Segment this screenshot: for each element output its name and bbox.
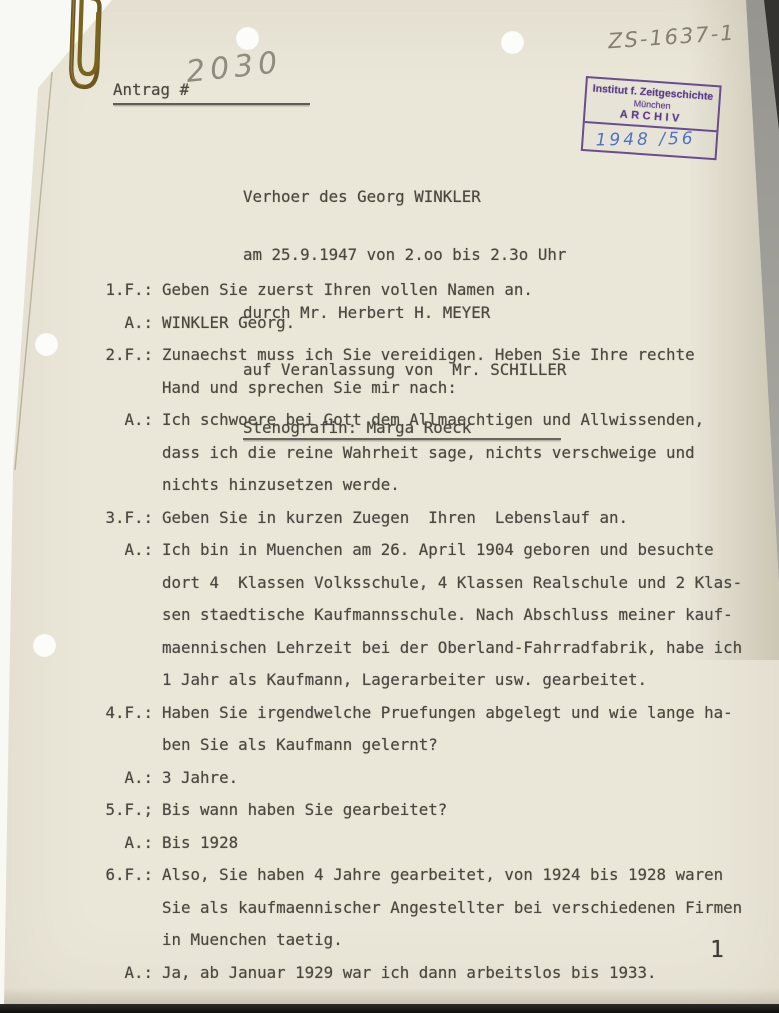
paperclip-icon: [53, 0, 119, 100]
qa-line: Ich schwoere bei Gott dem Allmaechtigen …: [162, 404, 755, 437]
qa-line: maennischen Lehrzeit bei der Oberland-Fa…: [162, 632, 755, 665]
qa-label: A.:: [105, 534, 153, 567]
qa-row: A.:Ich schwoere bei Gott dem Allmaechtig…: [105, 404, 755, 502]
qa-line: Geben Sie in kurzen Zuegen Ihren Lebensl…: [162, 502, 755, 535]
qa-line: Zunaechst muss ich Sie vereidigen. Heben…: [162, 339, 755, 372]
qa-row: A.:WINKLER Georg.: [105, 307, 755, 340]
archive-stamp: Institut f. Zeitgeschichte München ARCHI…: [581, 76, 722, 160]
qa-line: 1 Jahr als Kaufmann, Lagerarbeiter usw. …: [162, 664, 755, 697]
qa-line: in Muenchen taetig.: [162, 924, 755, 957]
paper-sheet: ZS-1637-1 Antrag # 2030 Institut f. Zeit…: [0, 0, 779, 1013]
qa-line: Geben Sie zuerst Ihren vollen Namen an.: [162, 274, 755, 307]
qa-line: sen staedtische Kaufmannsschule. Nach Ab…: [162, 599, 755, 632]
qa-line: Haben Sie irgendwelche Pruefungen abgele…: [162, 697, 755, 730]
qa-row: 5.F.;Bis wann haben Sie gearbeitet?: [105, 794, 755, 827]
qa-line: dass ich die reine Wahrheit sage, nichts…: [162, 437, 755, 470]
qa-row: 2.F.:Zunaechst muss ich Sie vereidigen. …: [105, 339, 755, 404]
scanned-document-page: ZS-1637-1 Antrag # 2030 Institut f. Zeit…: [0, 0, 779, 1013]
punch-hole: [501, 31, 524, 54]
page-number: 1: [710, 937, 724, 963]
qa-label: 4.F.:: [105, 697, 153, 730]
qa-line: Bis 1928: [162, 827, 755, 860]
qa-row: A.:Ja, ab Januar 1929 war ich dann arbei…: [105, 957, 755, 990]
qa-label: A.:: [105, 957, 153, 990]
header-line: am 25.9.1947 von 2.oo bis 2.3o Uhr: [243, 245, 566, 264]
qa-section: 1.F.:Geben Sie zuerst Ihren vollen Namen…: [105, 274, 755, 989]
punch-hole: [236, 27, 259, 50]
qa-row: A.:3 Jahre.: [105, 762, 755, 795]
qa-label: 6.F.:: [105, 859, 153, 892]
punch-hole: [33, 634, 56, 657]
scan-bottom-edge: [0, 1004, 779, 1013]
qa-line: Ich bin in Muenchen am 26. April 1904 ge…: [162, 534, 755, 567]
qa-line: Bis wann haben Sie gearbeitet?: [162, 794, 755, 827]
qa-line: WINKLER Georg.: [162, 307, 755, 340]
qa-label: 2.F.:: [105, 339, 153, 372]
qa-line: Also, Sie haben 4 Jahre gearbeitet, von …: [162, 859, 755, 892]
qa-line: dort 4 Klassen Volksschule, 4 Klassen Re…: [162, 567, 755, 600]
qa-line: 3 Jahre.: [162, 762, 755, 795]
qa-row: 4.F.:Haben Sie irgendwelche Pruefungen a…: [105, 697, 755, 762]
qa-line: ben Sie als Kaufmann gelernt?: [162, 729, 755, 762]
qa-row: 1.F.:Geben Sie zuerst Ihren vollen Namen…: [105, 274, 755, 307]
qa-label: A.:: [105, 762, 153, 795]
qa-line: nichts hinzusetzen werde.: [162, 469, 755, 502]
paper-edge-shadow-bottom: [0, 988, 779, 1005]
qa-row: 6.F.:Also, Sie haben 4 Jahre gearbeitet,…: [105, 859, 755, 957]
qa-row: A.:Ich bin in Muenchen am 26. April 1904…: [105, 534, 755, 697]
qa-label: 1.F.:: [105, 274, 153, 307]
stamp-number-ink: 1948 /56: [583, 126, 715, 154]
punch-hole: [35, 333, 58, 356]
header-line: Verhoer des Georg WINKLER: [243, 187, 566, 206]
qa-label: A.:: [105, 404, 153, 437]
qa-row: 3.F.:Geben Sie in kurzen Zuegen Ihren Le…: [105, 502, 755, 535]
qa-label: 3.F.:: [105, 502, 153, 535]
qa-label: 5.F.;: [105, 794, 153, 827]
qa-line: Sie als kaufmaennischer Angestellter bei…: [162, 892, 755, 925]
qa-row: A.:Bis 1928: [105, 827, 755, 860]
qa-line: Hand und sprechen Sie mir nach:: [162, 372, 755, 405]
qa-label: A.:: [105, 827, 153, 860]
qa-label: A.:: [105, 307, 153, 340]
qa-line: Ja, ab Januar 1929 war ich dann arbeitsl…: [162, 957, 755, 990]
